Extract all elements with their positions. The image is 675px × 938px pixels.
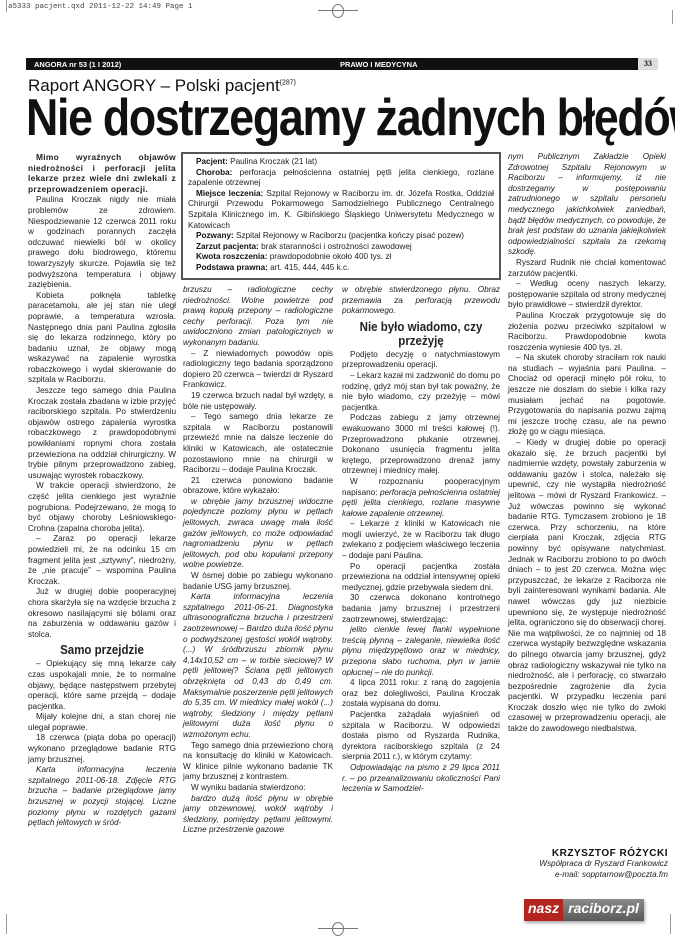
fact-disease: Choroba: perforacja pełnościenna ostatni… xyxy=(188,168,494,189)
quote-paragraph: nym Publicznym Zakładzie Opieki Zdrowotn… xyxy=(508,152,666,258)
paragraph: – Lekarze z kliniki w Katowicach nie mog… xyxy=(342,519,500,561)
paragraph: 19 czerwca brzuch nadal był wzdęty, a bó… xyxy=(183,391,333,412)
paragraph: Tego samego dnia przewieziono chorą na k… xyxy=(183,741,333,783)
paragraph: – Na skutek choroby straciłam rok nauki … xyxy=(508,353,666,438)
paragraph: W wyniku badania stwierdzono: xyxy=(183,783,333,794)
article-column-2: brzuszu – radiologiczne cechy niedrożnoś… xyxy=(183,285,333,836)
paragraph: Pacjentka zażądała wyjaśnień od szpitala… xyxy=(342,710,500,763)
crop-mark xyxy=(672,10,673,24)
article-column-1: Mimo wyraźnych objawów niedrożności i pe… xyxy=(28,152,176,829)
fact-defendant: Pozwany: Szpital Rejonowy w Raciborzu (p… xyxy=(188,231,494,242)
section-header-bar: ANGORA nr 53 (1 I 2012) PRAWO I MEDYCYNA xyxy=(26,58,646,70)
crop-mark xyxy=(670,914,671,934)
subheading: Nie było wiadomo, czy przeżyję xyxy=(348,320,493,348)
registration-mark-icon xyxy=(318,920,358,936)
paragraph: W trakcie operacji stwierdzono, że część… xyxy=(28,481,176,534)
lead-paragraph: Mimo wyraźnych objawów niedrożności i pe… xyxy=(28,152,176,194)
fact-claim: Kwota roszczenia: prawdopodobnie około 4… xyxy=(188,252,494,263)
quote-paragraph: w obrębie jamy brzusznej widoczne pojedy… xyxy=(183,497,333,571)
fact-charge: Zarzut pacjenta: brak staranności i ostr… xyxy=(188,242,494,253)
naszraciborz-logo: nasz raciborz.pl xyxy=(524,899,644,921)
paragraph: Już w drugiej dobie pooperacyjnej chora … xyxy=(28,587,176,640)
quote-paragraph: Karta informacyjna leczenia szpitalnego … xyxy=(183,592,333,740)
quote-paragraph: brzuszu – radiologiczne cechy niedrożnoś… xyxy=(183,285,333,349)
article-column-4: nym Publicznym Zakładzie Opieki Zdrowotn… xyxy=(508,152,666,735)
quote-paragraph: bardzo dużą ilość płynu w obrębie jamy o… xyxy=(183,794,333,836)
paragraph: 18 czerwca (piąta doba po operacji) wyko… xyxy=(28,733,176,765)
paragraph: Podjęto decyzję o natychmiastowym przepr… xyxy=(342,350,500,371)
case-factbox: Pacjent: Paulina Kroczak (21 lat) Chorob… xyxy=(181,152,501,280)
paragraph: Podczas zabiegu z jamy otrzewnej ewakuow… xyxy=(342,413,500,477)
article-column-3: w obrębie stwierdzonego płynu. Obraz prz… xyxy=(342,285,500,795)
paragraph: – Opiekujący się mną lekarze cały czas u… xyxy=(28,659,176,712)
paragraph: Paulina Kroczak przygotowuje się do złoż… xyxy=(508,311,666,353)
paragraph: Jeszcze tego samego dnia Paulina Kroczak… xyxy=(28,386,176,481)
paragraph: Ryszard Rudnik nie chciał komentować zar… xyxy=(508,258,666,279)
fact-legal-basis: Podstawa prawna: art. 415, 444, 445 k.c. xyxy=(188,263,494,274)
author-name: KRZYSZTOF RÓŻYCKI xyxy=(500,848,668,859)
byline: KRZYSZTOF RÓŻYCKI Współpraca dr Ryszard … xyxy=(500,848,668,880)
paragraph: – Według oceny naszych lekarzy, postępow… xyxy=(508,279,666,311)
crop-mark xyxy=(6,914,7,934)
paragraph: W rozpoznaniu pooperacyjnym napisano: pe… xyxy=(342,477,500,519)
paragraph: – Kiedy w drugiej dobie po operacji okaz… xyxy=(508,438,666,735)
paragraph: 4 lipca 2011 roku: z raną do zagojenia o… xyxy=(342,678,500,710)
registration-mark-icon xyxy=(318,2,358,18)
cooperation-credit: Współpraca dr Ryszard Frankowicz xyxy=(500,859,668,870)
headline: Nie dostrzegamy żadnych błędów xyxy=(26,92,675,144)
paragraph: Mijały kolejne dni, a stan chorej nie ul… xyxy=(28,712,176,733)
print-slug: a5333 pacjent.qxd 2011-12-22 14:49 Page … xyxy=(8,3,193,11)
fact-patient: Pacjent: Paulina Kroczak (21 lat) xyxy=(188,157,494,168)
series-number: (287) xyxy=(280,79,296,86)
issue-label: ANGORA nr 53 (1 I 2012) xyxy=(26,60,338,69)
paragraph: – Tego samego dnia lekarze ze szpitala w… xyxy=(183,412,333,476)
fact-place: Miejsce leczenia: Szpital Rejonowy w Rac… xyxy=(188,189,494,231)
paragraph: Paulina Kroczak nigdy nie miała problemó… xyxy=(28,195,176,290)
subheading: Samo przejdzie xyxy=(34,643,170,657)
crop-mark xyxy=(6,0,7,12)
paragraph: – Zaraz po operacji lekarze powiedzieli … xyxy=(28,534,176,587)
paragraph: – Z niewiadomych powodów opis radiologic… xyxy=(183,349,333,391)
author-email: e-mail: sopptarnow@poczta.fm xyxy=(500,870,668,881)
paragraph: – Lekarz kazał mi zadzwonić do domu po r… xyxy=(342,371,500,413)
paragraph: 21 czerwca ponowiono badanie obrazowe, k… xyxy=(183,476,333,497)
quote-paragraph: w obrębie stwierdzonego płynu. Obraz prz… xyxy=(342,285,500,317)
quote-paragraph: jelito cienkie lewej flanki wypełnione t… xyxy=(342,625,500,678)
paragraph: W ósmej dobie po zabiegu wykonano badani… xyxy=(183,571,333,592)
page-number: 33 xyxy=(638,58,658,70)
quote-paragraph: Karta informacyjna leczenia szpitalnego … xyxy=(28,765,176,829)
paragraph: 30 czerwca dokonano kontrolnego badania … xyxy=(342,593,500,625)
quote-paragraph: Odpowiadając na pismo z 29 lipca 2011 r.… xyxy=(342,763,500,795)
paragraph: Kobieta połknęła tabletkę paracetamolu, … xyxy=(28,291,176,386)
paragraph: Po operacji pacjentka została przewiezio… xyxy=(342,562,500,594)
section-label: PRAWO I MEDYCYNA xyxy=(338,60,646,69)
